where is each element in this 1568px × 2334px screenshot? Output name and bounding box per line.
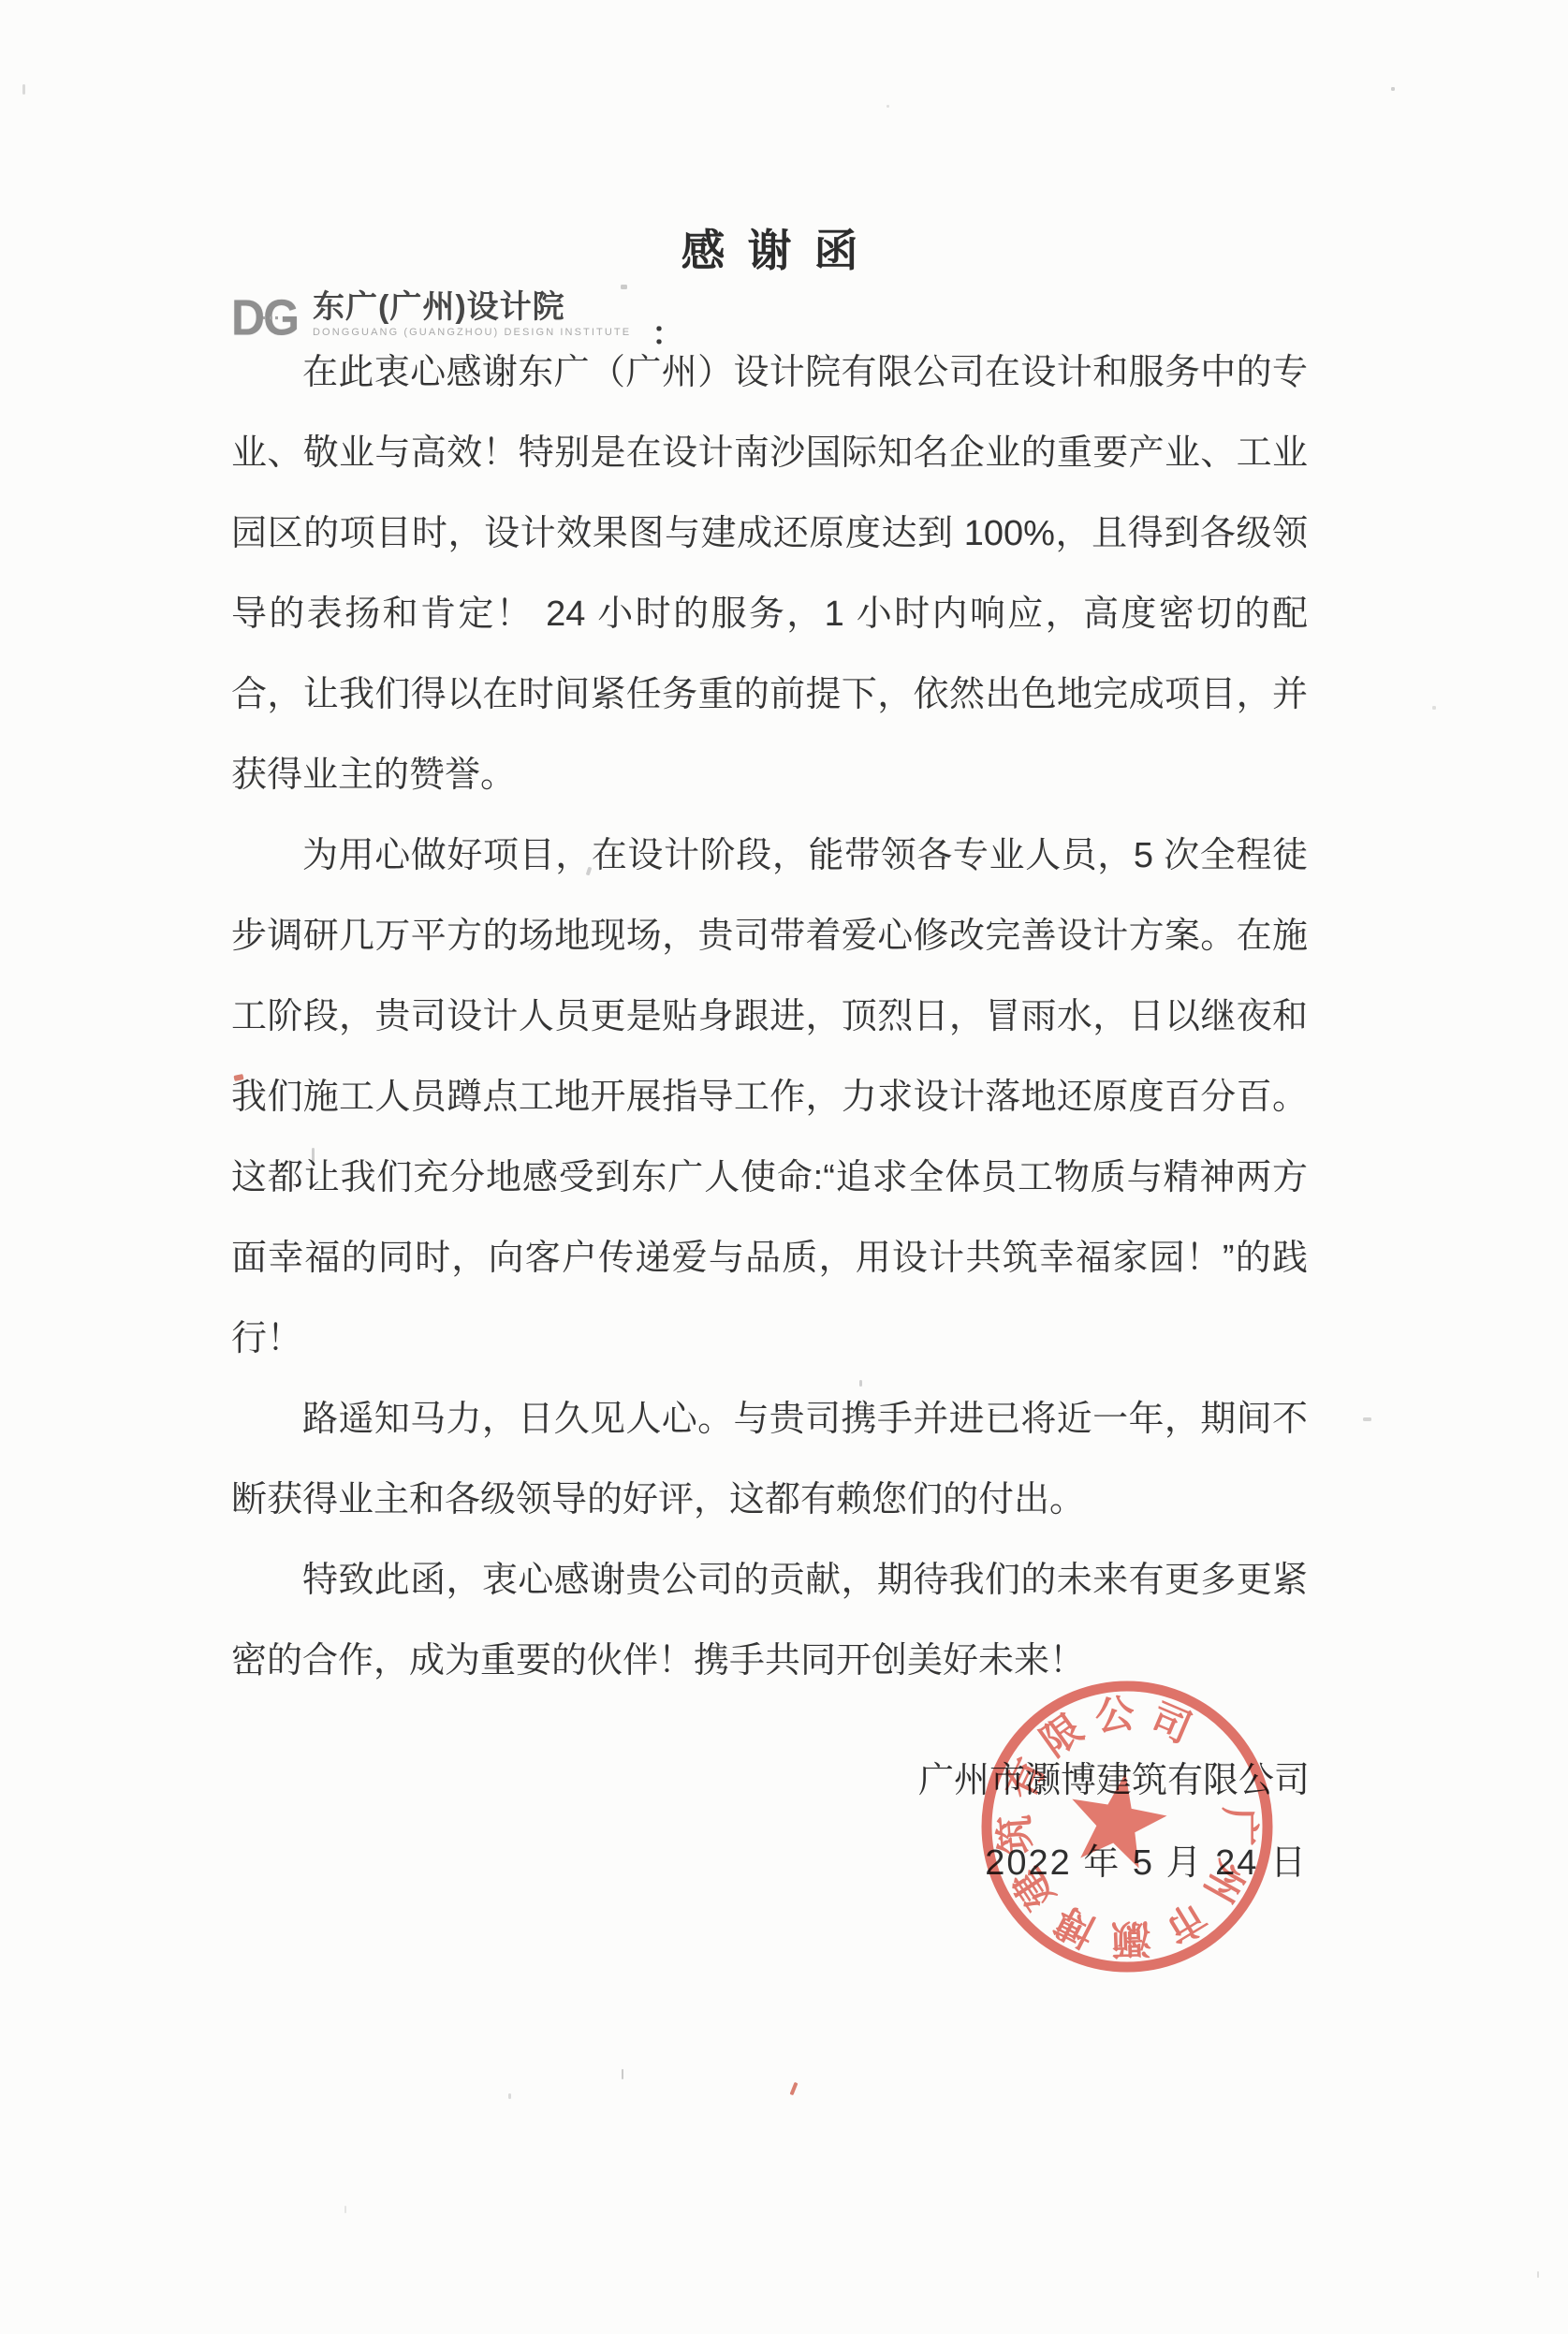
scan-speck bbox=[1432, 706, 1436, 710]
scan-speck bbox=[312, 1148, 315, 1162]
logo-company-name: 东广(广州)设计院 bbox=[313, 290, 631, 324]
letter-body: 在此衷心感谢东广（广州）设计院有限公司在设计和服务中的专业、敬业与高效！特别是在… bbox=[231, 332, 1308, 1701]
scan-speck bbox=[621, 285, 627, 289]
letter-title: 感谢函 bbox=[231, 225, 1308, 277]
scan-speck bbox=[1363, 1417, 1371, 1421]
seal-star-icon bbox=[1062, 1765, 1173, 1872]
paragraph-3: 路遥知马力，日久见人心。与贵司携手并进已将近一年，期间不断获得业主和各级领导的好… bbox=[231, 1379, 1308, 1540]
scan-speck bbox=[622, 2069, 623, 2079]
scan-speck bbox=[344, 2206, 346, 2213]
scan-speck bbox=[1391, 87, 1395, 91]
scan-speck bbox=[508, 2093, 511, 2099]
paragraph-1: 在此衷心感谢东广（广州）设计院有限公司在设计和服务中的专业、敬业与高效！特别是在… bbox=[231, 332, 1308, 815]
seal-char: 筑 bbox=[991, 1813, 1038, 1856]
scan-speck bbox=[790, 2082, 799, 2095]
seal-char: 公 bbox=[1092, 1691, 1136, 1739]
scan-speck bbox=[22, 84, 25, 95]
scan-speck bbox=[887, 105, 889, 108]
company-seal-stamp: 广州市灏博建筑有限公司 bbox=[968, 1667, 1286, 1986]
scan-speck bbox=[859, 1380, 862, 1387]
seal-char: 灏 bbox=[1110, 1916, 1152, 1962]
scanned-letter-page: 感谢函 DG 东广(广州)设计院 DONGGUANG (GUANGZHOU) D… bbox=[0, 0, 1568, 2334]
scan-speck bbox=[1537, 2271, 1539, 2278]
seal-char: 广 bbox=[1218, 1807, 1262, 1846]
paragraph-2: 为用心做好项目，在设计阶段，能带领各专业人员，5 次全程徒步调研几万平方的场地现… bbox=[231, 815, 1308, 1379]
